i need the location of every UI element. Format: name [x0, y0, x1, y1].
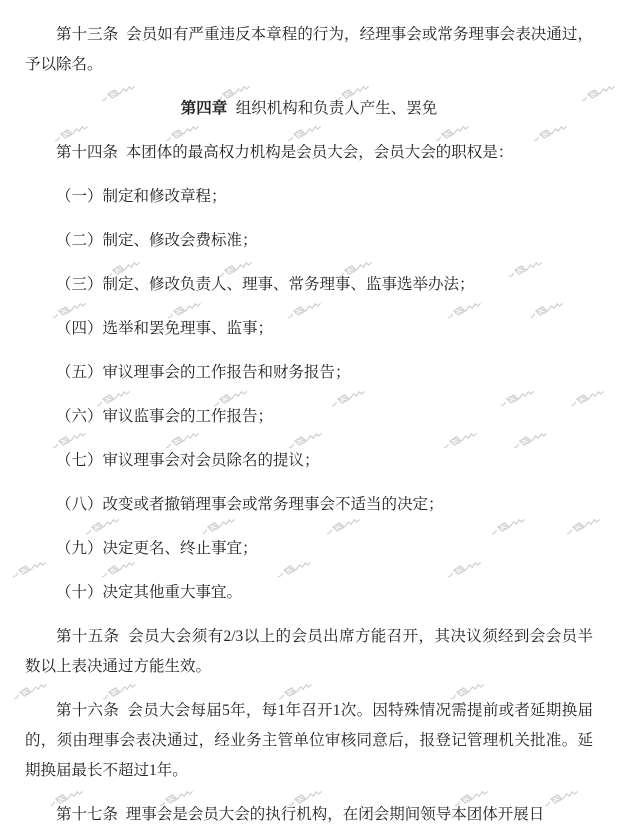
chapter-4-heading: 第四章组织机构和负责人产生、罢免 [25, 94, 593, 124]
power-item-4: （四）选举和罢免理事、监事； [25, 314, 593, 344]
chapter-title: 组织机构和负责人产生、罢免 [236, 100, 438, 117]
power-item-10: （十）决定其他重大事宜。 [25, 578, 593, 608]
power-item-6: （六）审议监事会的工作报告； [25, 402, 593, 432]
article-13-paragraph: 第十三条 会员如有严重违反本章程的行为，经理事会或常务理事会表决通过，予以除名。 [25, 20, 593, 80]
power-item-7: （七）审议理事会对会员除名的提议； [25, 446, 593, 476]
power-item-9: （九）决定更名、终止事宜； [25, 534, 593, 564]
article-15-paragraph: 第十五条 会员大会须有2/3以上的会员出席方能召开，其决议须经到会会员半数以上表… [25, 622, 593, 682]
article-14-paragraph: 第十四条 本团体的最高权力机构是会员大会，会员大会的职权是： [25, 138, 593, 168]
power-item-2: （二）制定、修改会费标准； [25, 226, 593, 256]
document-content: 第十三条 会员如有严重违反本章程的行为，经理事会或常务理事会表决通过，予以除名。… [0, 0, 618, 838]
power-item-8: （八）改变或者撤销理事会或常务理事会不适当的决定； [25, 490, 593, 520]
article-16-paragraph: 第十六条 会员大会每届5年，每1年召开1次。因特殊情况需提前或者延期换届的，须由… [25, 696, 593, 786]
power-item-3: （三）制定、修改负责人、理事、常务理事、监事选举办法； [25, 270, 593, 300]
power-item-1: （一）制定和修改章程； [25, 182, 593, 212]
chapter-number: 第四章 [181, 100, 228, 117]
document-page: 第十三条 会员如有严重违反本章程的行为，经理事会或常务理事会表决通过，予以除名。… [0, 0, 618, 838]
power-item-5: （五）审议理事会的工作报告和财务报告； [25, 358, 593, 388]
article-17-paragraph: 第十七条 理事会是会员大会的执行机构，在闭会期间领导本团体开展日 [25, 800, 593, 830]
